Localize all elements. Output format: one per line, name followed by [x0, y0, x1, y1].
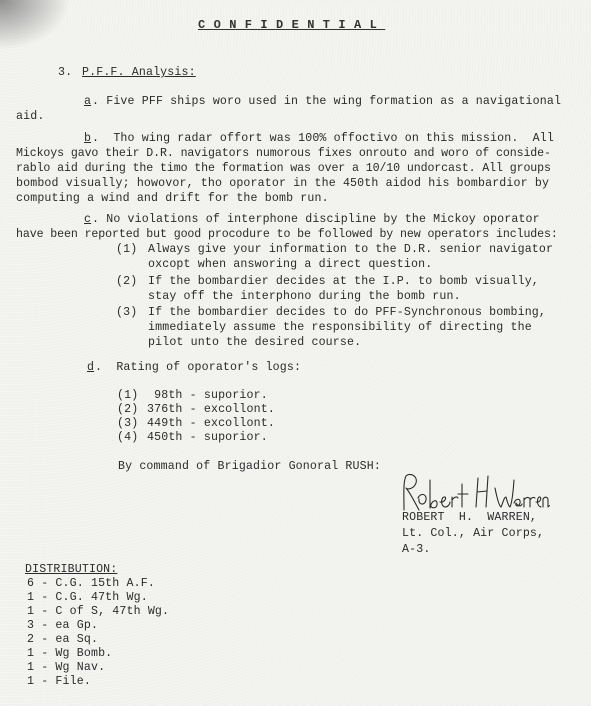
rating-1-number: (1)	[117, 389, 138, 402]
rating-3-number: (3)	[117, 417, 138, 430]
distribution-entry: 1 - Wg Nav.	[27, 661, 105, 674]
rating-3-text: 449th - excollont.	[147, 417, 275, 430]
signer-rank: Lt. Col., Air Corps,	[402, 527, 544, 540]
para-c-line-1: . No violations of interphone discipline…	[92, 213, 540, 226]
para-b-label: b	[84, 132, 91, 145]
procedure-3-number: (3)	[116, 306, 137, 319]
rating-4-text: 450th - suporior.	[147, 431, 268, 444]
distribution-entry: 1 - Wg Bomb.	[27, 647, 112, 660]
procedure-1-number: (1)	[116, 243, 137, 256]
rating-4-number: (4)	[117, 431, 138, 444]
procedure-2-line-1: If the bombardier decides at the I.P. to…	[148, 275, 539, 288]
para-d-label: d	[87, 361, 94, 374]
procedure-3-line-3: pilot unto the desired course.	[148, 336, 361, 349]
document-page: CONFIDENTIAL 3. P.F.F. Analysis: a . Fiv…	[0, 0, 591, 706]
para-d-title: . Rating of oporator's logs:	[95, 361, 301, 374]
section-title: P.F.F. Analysis:	[82, 66, 196, 79]
para-c-line-2: have been reported but good procodure to…	[16, 228, 558, 241]
distribution-entry: 3 - ea Gp.	[27, 619, 98, 632]
procedure-3-line-1: If the bombardier decides to do PFF-Sync…	[148, 306, 546, 319]
distribution-entry: 1 - C of S, 47th Wg.	[27, 605, 169, 618]
rating-2-number: (2)	[117, 403, 138, 416]
para-a-label: a	[84, 95, 91, 108]
signer-office: A-3.	[402, 543, 430, 556]
rating-2-text: 376th - excollont.	[147, 403, 275, 416]
distribution-entry: 6 - C.G. 15th A.F.	[27, 577, 155, 590]
para-c-label: c	[84, 213, 91, 226]
procedure-2-line-2: stay off the interphono during the bomb …	[148, 290, 461, 303]
rating-1-text: 98th - suporior.	[147, 389, 268, 402]
para-a-line-2: aid.	[16, 110, 44, 123]
para-a-line-1: . Five PFF ships woro used in the wing f…	[92, 95, 561, 108]
para-b-line-1: . Tho wing radar offort was 100% offocti…	[92, 132, 554, 145]
distribution-heading: DISTRIBUTION:	[25, 563, 117, 576]
handwritten-signature: Robert H Warren	[400, 470, 550, 515]
para-b-line-3: rablo aid during the timo the formation …	[16, 162, 551, 175]
procedure-1-line-2: oxcopt when answoring a direct question.	[148, 258, 432, 271]
section-number: 3.	[58, 66, 72, 79]
procedure-2-number: (2)	[116, 275, 137, 288]
distribution-entry: 2 - ea Sq.	[27, 633, 98, 646]
classification-header: CONFIDENTIAL	[198, 18, 385, 32]
command-line: By command of Brigadior Gonoral RUSH:	[118, 460, 381, 473]
procedure-1-line-1: Always give your information to the D.R.…	[148, 243, 553, 256]
distribution-entry: 1 - C.G. 47th Wg.	[27, 591, 148, 604]
para-b-line-2: Mickoys gavo their D.R. navigators numor…	[16, 147, 551, 160]
para-b-line-4: bombod visually; howovor, tho oporator i…	[16, 177, 549, 190]
signer-name: ROBERT H. WARREN,	[402, 511, 537, 524]
procedure-3-line-2: immediately assume the responsibility of…	[148, 321, 532, 334]
distribution-entry: 1 - File.	[27, 675, 91, 688]
para-b-line-5: computing a wind and drift for the bomb …	[16, 192, 329, 205]
